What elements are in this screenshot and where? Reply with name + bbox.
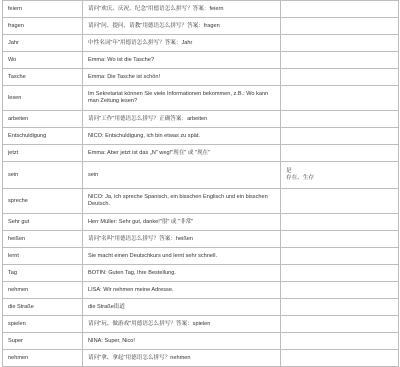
- example-cell: Im Sekretariat können Sie viele Informat…: [83, 86, 281, 111]
- example-cell: 请问"问、提问、请教"用德语怎么拼写？答案：fragen: [83, 18, 281, 35]
- example-cell: Herr Müller: Sehr gut, danke!"很" 或 "非常": [83, 214, 281, 231]
- table-row: lerntSie macht einen Deutschkurs und ler…: [3, 248, 399, 265]
- note-cell: [281, 1, 399, 18]
- table-row: TagBOTIN: Guten Tag, Ihre Bestellung.: [3, 265, 399, 282]
- word-cell: Tag: [3, 265, 83, 282]
- example-cell: 请问"欢庆、庆祝、纪念"用德语怎么拼写？答案：feiern: [83, 1, 281, 18]
- example-cell: BOTIN: Guten Tag, Ihre Bestellung.: [83, 265, 281, 282]
- note-cell: [281, 69, 399, 86]
- example-cell: LISA: Wir nehmen meine Adresse.: [83, 282, 281, 299]
- table-row: heißen请问"名叫"用德语怎么拼写？答案：heißen: [3, 231, 399, 248]
- table-row: Jahr中性名词"年"用德语怎么拼写？答案：Jahr: [3, 35, 399, 52]
- note-cell: [281, 111, 399, 128]
- word-cell: Sehr gut: [3, 214, 83, 231]
- note-cell: [281, 214, 399, 231]
- example-cell: die Straße街道: [83, 299, 281, 308]
- word-cell: spreche: [3, 189, 83, 214]
- note-cell: [281, 52, 399, 69]
- table-row: lesenIm Sekretariat können Sie viele Inf…: [3, 86, 399, 111]
- example-cell: sein: [83, 162, 281, 189]
- note-line: 存在、生存: [286, 175, 393, 182]
- word-cell: Tasche: [3, 69, 83, 86]
- note-cell: [281, 248, 399, 265]
- word-cell: nehmen: [3, 282, 83, 299]
- word-cell: heißen: [3, 231, 83, 248]
- example-cell: 请问"工作"用德语怎么拼写？正确答案：arbeiten: [83, 111, 281, 128]
- note-cell: [281, 231, 399, 248]
- example-cell: NICO: Ja, ich spreche Spanisch, ein biss…: [83, 189, 281, 214]
- example-cell: Emma: Wo ist die Tasche?: [83, 52, 281, 69]
- note-cell: [281, 86, 399, 111]
- table-row: WoEmma: Wo ist die Tasche?: [3, 52, 399, 69]
- note-cell: [281, 265, 399, 282]
- note-cell: [281, 35, 399, 52]
- note-cell: 是存在、生存: [281, 162, 399, 189]
- table-row: jetztEmma: Aber jetzt ist das „N" weg!"现…: [3, 145, 399, 162]
- example-cell: NICO: Entschuldigung, ich bin etwas zu s…: [83, 128, 281, 145]
- word-cell: arbeiten: [3, 111, 83, 128]
- table-row: seinsein是存在、生存: [3, 162, 399, 189]
- example-cell: 中性名词"年"用德语怎么拼写？答案：Jahr: [83, 35, 281, 52]
- note-cell: [281, 18, 399, 35]
- table-row: nehmenLISA: Wir nehmen meine Adresse.: [3, 282, 399, 299]
- word-cell: Wo: [3, 52, 83, 69]
- vocabulary-table: feiern请问"欢庆、庆祝、纪念"用德语怎么拼写？答案：feiern frag…: [2, 0, 399, 307]
- word-cell: sein: [3, 162, 83, 189]
- word-cell: Entschuldigung: [3, 128, 83, 145]
- word-cell: die Straße: [3, 299, 83, 308]
- example-cell: Sie macht einen Deutschkurs und lernt se…: [83, 248, 281, 265]
- word-cell: Jahr: [3, 35, 83, 52]
- table-row: EntschuldigungNICO: Entschuldigung, ich …: [3, 128, 399, 145]
- word-cell: fragen: [3, 18, 83, 35]
- note-cell: [281, 128, 399, 145]
- table-row: feiern请问"欢庆、庆祝、纪念"用德语怎么拼写？答案：feiern: [3, 1, 399, 18]
- table-row: arbeiten请问"工作"用德语怎么拼写？正确答案：arbeiten: [3, 111, 399, 128]
- table-row: Sehr gutHerr Müller: Sehr gut, danke!"很"…: [3, 214, 399, 231]
- note-cell: [281, 189, 399, 214]
- note-cell: [281, 145, 399, 162]
- note-cell: [281, 282, 399, 299]
- table-row: sprecheNICO: Ja, ich spreche Spanisch, e…: [3, 189, 399, 214]
- word-cell: feiern: [3, 1, 83, 18]
- example-cell: Emma: Aber jetzt ist das „N" weg!"现在" 或 …: [83, 145, 281, 162]
- word-cell: lesen: [3, 86, 83, 111]
- table-row: fragen请问"问、提问、请教"用德语怎么拼写？答案：fragen: [3, 18, 399, 35]
- word-cell: lernt: [3, 248, 83, 265]
- note-cell: [281, 299, 399, 308]
- word-cell: jetzt: [3, 145, 83, 162]
- note-line: 是: [286, 168, 393, 175]
- vocabulary-table-body: feiern请问"欢庆、庆祝、纪念"用德语怎么拼写？答案：feiern frag…: [3, 1, 399, 308]
- table-row: TascheEmma: Die Tasche ist schön!: [3, 69, 399, 86]
- example-cell: 请问"名叫"用德语怎么拼写？答案：heißen: [83, 231, 281, 248]
- table-row: die Straßedie Straße街道: [3, 299, 399, 308]
- example-cell: Emma: Die Tasche ist schön!: [83, 69, 281, 86]
